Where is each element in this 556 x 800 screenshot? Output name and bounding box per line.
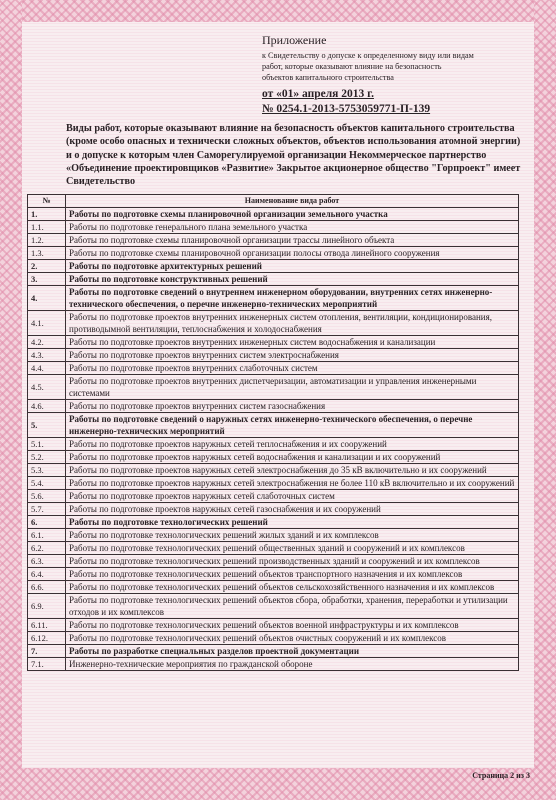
table-row: 6.6.Работы по подготовке технологических… — [28, 581, 519, 594]
row-number: 5.7. — [28, 503, 66, 516]
row-work-name: Работы по подготовке технологических реш… — [66, 581, 519, 594]
row-work-name: Инженерно-технические мероприятия по гра… — [66, 658, 519, 671]
row-number: 6.4. — [28, 568, 66, 581]
table-row: 5.7.Работы по подготовке проектов наружн… — [28, 503, 519, 516]
row-number: 6.12. — [28, 632, 66, 645]
row-work-name: Работы по подготовке технологических реш… — [66, 568, 519, 581]
column-header-number: № — [28, 195, 66, 208]
row-number: 6.1. — [28, 529, 66, 542]
appendix-subtitle-line: объектов капитального строительства — [262, 72, 542, 83]
row-number: 7.1. — [28, 658, 66, 671]
row-work-name: Работы по подготовке архитектурных решен… — [66, 260, 519, 273]
row-work-name: Работы по подготовке проектов внутренних… — [66, 362, 519, 375]
decorative-border-left — [0, 0, 22, 800]
row-number: 6.3. — [28, 555, 66, 568]
row-number: 5.4. — [28, 477, 66, 490]
row-work-name: Работы по подготовке сведений о внутренн… — [66, 286, 519, 311]
decorative-border-top — [0, 0, 556, 22]
row-number: 5.3. — [28, 464, 66, 477]
table-row: 7.Работы по разработке специальных разде… — [28, 645, 519, 658]
appendix-title: Приложение — [262, 33, 542, 48]
appendix-header: Приложение к Свидетельству о допуске к о… — [262, 33, 542, 117]
row-work-name: Работы по подготовке проектов наружных с… — [66, 503, 519, 516]
table-row: 4.3.Работы по подготовке проектов внутре… — [28, 349, 519, 362]
row-work-name: Работы по разработке специальных раздело… — [66, 645, 519, 658]
table-row: 4.5.Работы по подготовке проектов внутре… — [28, 375, 519, 400]
row-number: 5. — [28, 413, 66, 438]
row-number: 6.11. — [28, 619, 66, 632]
row-work-name: Работы по подготовке проектов наружных с… — [66, 464, 519, 477]
works-table: № Наименование вида работ 1.Работы по по… — [27, 194, 519, 671]
table-row: 4.6.Работы по подготовке проектов внутре… — [28, 400, 519, 413]
table-row: 4.4.Работы по подготовке проектов внутре… — [28, 362, 519, 375]
certificate-page: Приложение к Свидетельству о допуске к о… — [0, 0, 556, 800]
row-number: 4. — [28, 286, 66, 311]
table-row: 1.1.Работы по подготовке генерального пл… — [28, 221, 519, 234]
row-work-name: Работы по подготовке схемы планировочной… — [66, 247, 519, 260]
table-row: 6.3.Работы по подготовке технологических… — [28, 555, 519, 568]
row-number: 6.2. — [28, 542, 66, 555]
table-row: 1.2.Работы по подготовке схемы планирово… — [28, 234, 519, 247]
page-number: Страница 2 из 3 — [440, 771, 530, 780]
table-row: 1.3.Работы по подготовке схемы планирово… — [28, 247, 519, 260]
row-number: 7. — [28, 645, 66, 658]
row-number: 5.2. — [28, 451, 66, 464]
row-number: 4.1. — [28, 311, 66, 336]
row-work-name: Работы по подготовке технологических реш… — [66, 594, 519, 619]
table-row: 6.1.Работы по подготовке технологических… — [28, 529, 519, 542]
row-number: 4.6. — [28, 400, 66, 413]
row-number: 1.1. — [28, 221, 66, 234]
table-row: 4.2.Работы по подготовке проектов внутре… — [28, 336, 519, 349]
table-row: 5.4.Работы по подготовке проектов наружн… — [28, 477, 519, 490]
table-row: 2.Работы по подготовке архитектурных реш… — [28, 260, 519, 273]
appendix-date: от «01» апреля 2013 г. — [262, 87, 542, 102]
table-row: 6.9.Работы по подготовке технологических… — [28, 594, 519, 619]
row-number: 1. — [28, 208, 66, 221]
table-row: 4.1.Работы по подготовке проектов внутре… — [28, 311, 519, 336]
row-number: 6.6. — [28, 581, 66, 594]
row-work-name: Работы по подготовке генерального плана … — [66, 221, 519, 234]
appendix-subtitle-line: к Свидетельству о допуске к определенном… — [262, 50, 542, 61]
row-number: 3. — [28, 273, 66, 286]
row-number: 4.5. — [28, 375, 66, 400]
table-row: 5.2.Работы по подготовке проектов наружн… — [28, 451, 519, 464]
row-work-name: Работы по подготовке технологических реш… — [66, 619, 519, 632]
row-work-name: Работы по подготовке схемы планировочной… — [66, 208, 519, 221]
works-table-body: 1.Работы по подготовке схемы планировочн… — [28, 208, 519, 671]
row-work-name: Работы по подготовке проектов внутренних… — [66, 311, 519, 336]
table-row: 7.1.Инженерно-технические мероприятия по… — [28, 658, 519, 671]
table-row: 6.12.Работы по подготовке технологически… — [28, 632, 519, 645]
row-number: 2. — [28, 260, 66, 273]
row-work-name: Работы по подготовке проектов наружных с… — [66, 451, 519, 464]
row-work-name: Работы по подготовке проектов наружных с… — [66, 438, 519, 451]
row-number: 4.3. — [28, 349, 66, 362]
row-work-name: Работы по подготовке конструктивных реше… — [66, 273, 519, 286]
row-work-name: Работы по подготовке проектов внутренних… — [66, 336, 519, 349]
intro-paragraph: Виды работ, которые оказывают влияние на… — [66, 122, 526, 188]
table-row: 5.3.Работы по подготовке проектов наружн… — [28, 464, 519, 477]
row-number: 1.3. — [28, 247, 66, 260]
column-header-name: Наименование вида работ — [66, 195, 519, 208]
row-work-name: Работы по подготовке схемы планировочной… — [66, 234, 519, 247]
row-work-name: Работы по подготовке сведений о наружных… — [66, 413, 519, 438]
table-row: 6.4.Работы по подготовке технологических… — [28, 568, 519, 581]
row-work-name: Работы по подготовке технологических реш… — [66, 529, 519, 542]
row-work-name: Работы по подготовке проектов внутренних… — [66, 400, 519, 413]
row-number: 1.2. — [28, 234, 66, 247]
table-row: 5.Работы по подготовке сведений о наружн… — [28, 413, 519, 438]
table-row: 5.6.Работы по подготовке проектов наружн… — [28, 490, 519, 503]
row-number: 6.9. — [28, 594, 66, 619]
table-row: 6.Работы по подготовке технологических р… — [28, 516, 519, 529]
table-row: 6.2.Работы по подготовке технологических… — [28, 542, 519, 555]
table-row: 3.Работы по подготовке конструктивных ре… — [28, 273, 519, 286]
table-row: 1.Работы по подготовке схемы планировочн… — [28, 208, 519, 221]
row-number: 6. — [28, 516, 66, 529]
table-row: 6.11.Работы по подготовке технологически… — [28, 619, 519, 632]
appendix-number: № 0254.1-2013-5753059771-П-139 — [262, 102, 542, 117]
row-work-name: Работы по подготовке проектов внутренних… — [66, 349, 519, 362]
row-work-name: Работы по подготовке проектов наружных с… — [66, 477, 519, 490]
row-number: 5.6. — [28, 490, 66, 503]
row-number: 5.1. — [28, 438, 66, 451]
row-work-name: Работы по подготовке проектов наружных с… — [66, 490, 519, 503]
row-number: 4.4. — [28, 362, 66, 375]
decorative-border-right — [534, 0, 556, 800]
row-number: 4.2. — [28, 336, 66, 349]
row-work-name: Работы по подготовке технологических реш… — [66, 516, 519, 529]
table-row: 4.Работы по подготовке сведений о внутре… — [28, 286, 519, 311]
row-work-name: Работы по подготовке технологических реш… — [66, 555, 519, 568]
appendix-subtitle-line: работ, которые оказывают влияние на безо… — [262, 61, 542, 72]
row-work-name: Работы по подготовке технологических реш… — [66, 632, 519, 645]
row-work-name: Работы по подготовке технологических реш… — [66, 542, 519, 555]
row-work-name: Работы по подготовке проектов внутренних… — [66, 375, 519, 400]
table-row: 5.1.Работы по подготовке проектов наружн… — [28, 438, 519, 451]
table-header-row: № Наименование вида работ — [28, 195, 519, 208]
